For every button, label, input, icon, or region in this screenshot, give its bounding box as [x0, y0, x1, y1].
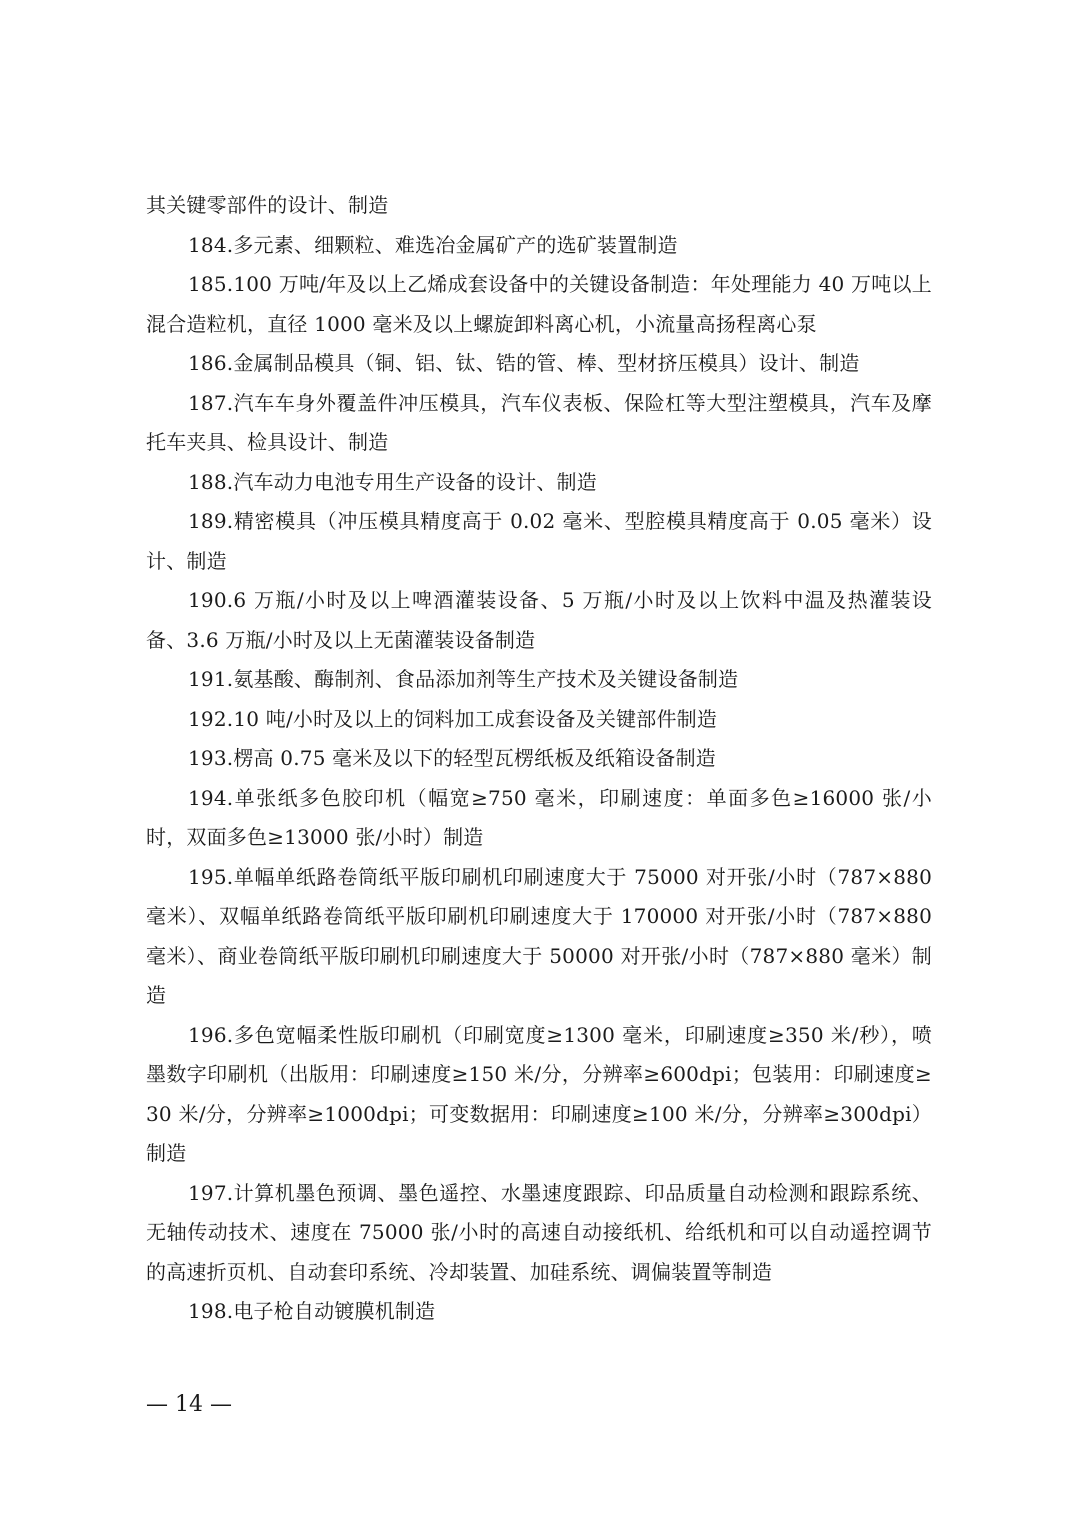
paragraph-item-196: 196.多色宽幅柔性版印刷机（印刷宽度≥1300 毫米，印刷速度≥350 米/秒…: [146, 1016, 932, 1174]
page-number: — 14 —: [146, 1390, 232, 1420]
paragraph-item-197: 197.计算机墨色预调、墨色遥控、水墨速度跟踪、印品质量自动检测和跟踪系统、无轴…: [146, 1174, 932, 1293]
paragraph-item-189: 189.精密模具（冲压模具精度高于 0.02 毫米、型腔模具精度高于 0.05 …: [146, 502, 932, 581]
document-page: 其关键零部件的设计、制造 184.多元素、细颗粒、难选冶金属矿产的选矿装置制造 …: [0, 0, 1074, 1520]
paragraph-item-193: 193.楞高 0.75 毫米及以下的轻型瓦楞纸板及纸箱设备制造: [146, 739, 932, 779]
document-body: 其关键零部件的设计、制造 184.多元素、细颗粒、难选冶金属矿产的选矿装置制造 …: [146, 186, 932, 1332]
paragraph-continuation: 其关键零部件的设计、制造: [146, 186, 932, 226]
paragraph-item-186: 186.金属制品模具（铜、铝、钛、锆的管、棒、型材挤压模具）设计、制造: [146, 344, 932, 384]
paragraph-item-187: 187.汽车车身外覆盖件冲压模具，汽车仪表板、保险杠等大型注塑模具，汽车及摩托车…: [146, 384, 932, 463]
paragraph-item-195: 195.单幅单纸路卷筒纸平版印刷机印刷速度大于 75000 对开张/小时（787…: [146, 858, 932, 1016]
paragraph-item-190: 190.6 万瓶/小时及以上啤酒灌装设备、5 万瓶/小时及以上饮料中温及热灌装设…: [146, 581, 932, 660]
paragraph-item-194: 194.单张纸多色胶印机（幅宽≥750 毫米，印刷速度：单面多色≥16000 张…: [146, 779, 932, 858]
paragraph-item-191: 191.氨基酸、酶制剂、食品添加剂等生产技术及关键设备制造: [146, 660, 932, 700]
paragraph-item-185: 185.100 万吨/年及以上乙烯成套设备中的关键设备制造：年处理能力 40 万…: [146, 265, 932, 344]
paragraph-item-184: 184.多元素、细颗粒、难选冶金属矿产的选矿装置制造: [146, 226, 932, 266]
paragraph-item-188: 188.汽车动力电池专用生产设备的设计、制造: [146, 463, 932, 503]
paragraph-item-192: 192.10 吨/小时及以上的饲料加工成套设备及关键部件制造: [146, 700, 932, 740]
paragraph-item-198: 198.电子枪自动镀膜机制造: [146, 1292, 932, 1332]
